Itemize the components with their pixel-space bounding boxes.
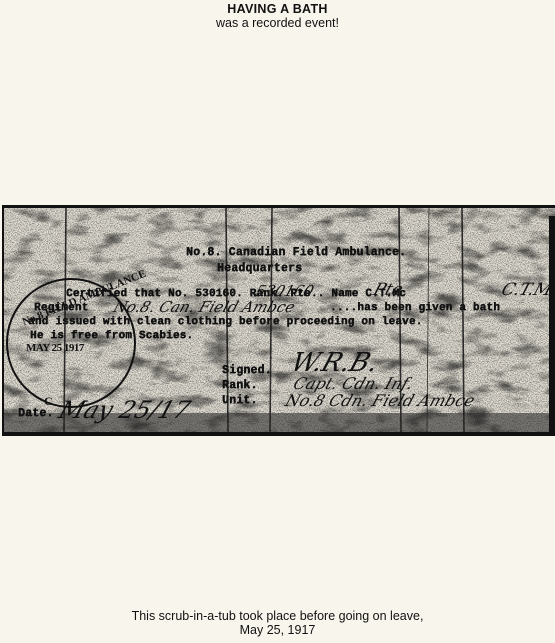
rank-label: Rank. <box>222 379 258 392</box>
document-edge <box>549 216 555 432</box>
caption-line-1: This scrub-in-a-tub took place before go… <box>0 609 555 623</box>
certificate-line-2-tail: ....has been given a bath <box>330 302 500 314</box>
stamp-date: MAY 25 1917 <box>26 342 84 354</box>
certificate-line-4: He is free from Scabies. <box>30 330 193 342</box>
certificate-line-3: and issued with clean clothing before pr… <box>28 316 422 328</box>
certificate-line-2-label: Regiment <box>34 302 88 314</box>
handwritten-regiment: No.8. Can. Field Ambce <box>111 298 297 316</box>
signed-label: Signed. <box>222 364 272 377</box>
page-title: HAVING A BATH <box>0 2 555 16</box>
handwritten-date: May 25/17 <box>55 396 193 424</box>
hq-heading: Headquarters <box>217 262 302 275</box>
unit-label: Unit. <box>222 394 258 407</box>
date-label: Date. <box>18 407 54 420</box>
bath-certificate-image: No.8 FIELD AMBULANCE MAY 25 1917 C No.8.… <box>2 205 555 436</box>
page-subtitle: was a recorded event! <box>0 16 555 30</box>
page-footer: This scrub-in-a-tub took place before go… <box>0 609 555 637</box>
unit-heading: No.8. Canadian Field Ambulance. <box>186 246 406 259</box>
page-header: HAVING A BATH was a recorded event! <box>0 2 555 30</box>
handwritten-signer-unit: No.8 Cdn. Field Ambce <box>283 391 477 410</box>
handwritten-name: C.T.Mc <box>499 280 555 300</box>
caption-line-2: May 25, 1917 <box>0 623 555 637</box>
